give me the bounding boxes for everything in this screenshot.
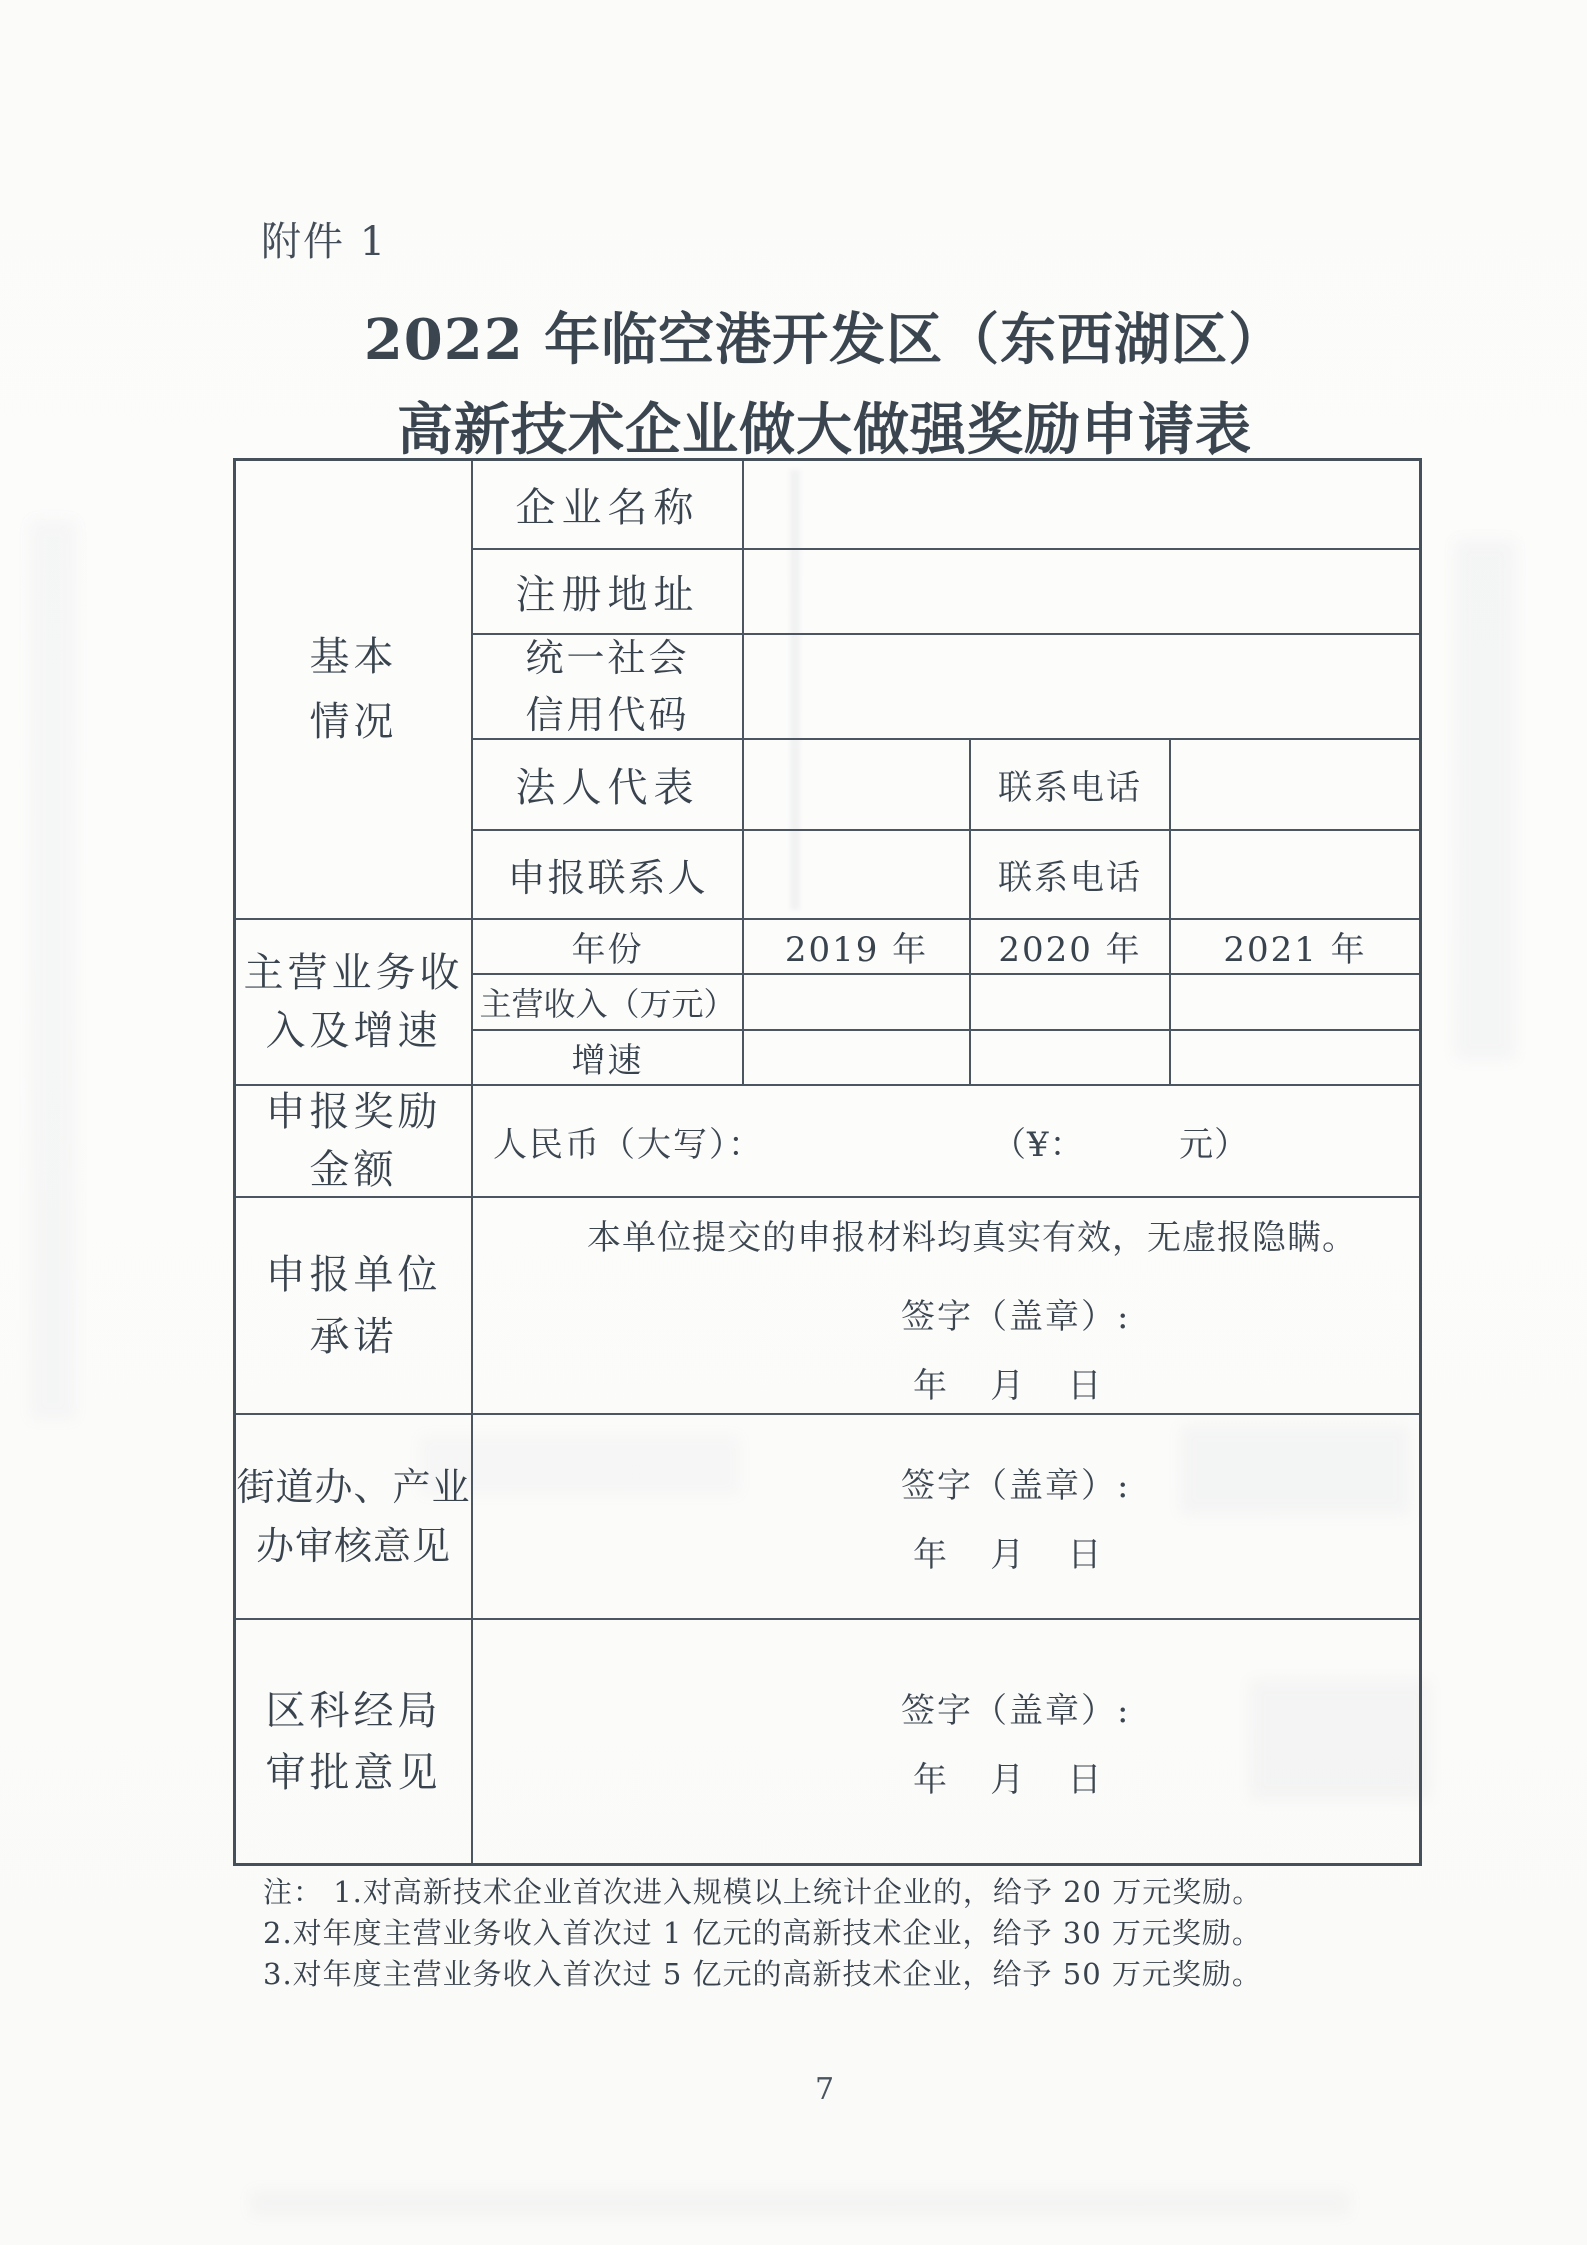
growth-2020-value-cell [971, 1031, 1171, 1086]
scan-bleed-artifact [30, 520, 76, 1420]
commitment-sign-label: 签字（盖章）: [901, 1289, 1419, 1338]
main-income-label-cell: 主营收入（万元） [473, 975, 744, 1031]
footnote-line-3: 3.对年度主营业务收入首次过 5 亿元的高新技术企业，给予 50 万元奖励。 [263, 1954, 1413, 1995]
year-label: 年份 [572, 922, 644, 971]
bureau-approval-section-cell: 区科经局 审批意见 [236, 1620, 473, 1863]
contact-phone-value-cell [1171, 831, 1419, 920]
registered-address-value-cell [744, 550, 1419, 635]
reward-amount-section-label: 申报奖励 金额 [266, 1086, 442, 1198]
footnote-line-1: 注： 1.对高新技术企业首次进入规模以上统计企业的，给予 20 万元奖励。 [263, 1872, 1413, 1913]
bureau-approval-section-label: 区科经局 审批意见 [266, 1680, 442, 1804]
declaration-contact-label: 申报联系人 [507, 847, 707, 902]
income-2019-value-cell [744, 975, 971, 1031]
footnote-line-2: 2.对年度主营业务收入首次过 1 亿元的高新技术企业，给予 30 万元奖励。 [263, 1913, 1413, 1954]
street-review-content-cell: 签字（盖章）: 年 月 日 [473, 1415, 1419, 1620]
company-name-label-cell: 企业名称 [473, 461, 744, 550]
year-2019-cell: 2019 年 [744, 920, 971, 975]
form-title-line1: 2022 年临空港开发区（东西湖区） [233, 296, 1416, 376]
growth-rate-label: 增速 [572, 1033, 644, 1082]
year-label-cell: 年份 [473, 920, 744, 975]
bureau-approval-sign-label: 签字（盖章）: [901, 1683, 1419, 1732]
attachment-label: 附件 1 [261, 210, 387, 267]
revenue-section-cell: 主营业务收 入及增速 [236, 920, 473, 1086]
contact-phone-label-cell: 联系电话 [971, 831, 1171, 920]
page-number: 7 [233, 2072, 1416, 2107]
legal-rep-phone-value-cell [1171, 740, 1419, 831]
rmb-numeric-label: （¥： 元） [992, 1117, 1249, 1166]
main-income-label: 主营收入（万元） [479, 979, 735, 1025]
income-2021-value-cell [1171, 975, 1419, 1031]
basic-info-section-label: 基本 情况 [310, 625, 398, 755]
commitment-section-cell: 申报单位 承诺 [236, 1198, 473, 1415]
legal-representative-label-cell: 法人代表 [473, 740, 744, 831]
street-review-section-cell: 街道办、产业 办审核意见 [236, 1415, 473, 1620]
scanned-form-page: 附件 1 2022 年临空港开发区（东西湖区） 高新技术企业做大做强奖励申请表 … [0, 0, 1587, 2245]
company-name-value-cell [744, 461, 1419, 550]
scan-bleed-artifact [1455, 540, 1515, 1060]
growth-2021-value-cell [1171, 1031, 1419, 1086]
legal-rep-phone-label: 联系电话 [998, 760, 1142, 809]
commitment-section-label: 申报单位 承诺 [266, 1244, 442, 1368]
legal-representative-value-cell [744, 740, 971, 831]
rmb-capital-label: 人民币（大写）： [493, 1117, 764, 1166]
year-2019-value: 2019 年 [785, 922, 928, 971]
basic-info-section-cell: 基本 情况 [236, 461, 473, 920]
growth-rate-label-cell: 增速 [473, 1031, 744, 1086]
growth-2019-value-cell [744, 1031, 971, 1086]
reward-amount-section-cell: 申报奖励 金额 [236, 1086, 473, 1198]
credit-code-label: 统一社会 信用代码 [525, 635, 689, 740]
street-review-section-label: 街道办、产业 办审核意见 [236, 1458, 470, 1576]
commitment-date-label: 年 月 日 [913, 1358, 1419, 1407]
footnotes: 注： 1.对高新技术企业首次进入规模以上统计企业的，给予 20 万元奖励。 2.… [263, 1872, 1413, 1995]
reward-amount-value-cell: 人民币（大写）： （¥： 元） [473, 1086, 1419, 1198]
scan-bleed-artifact [250, 2190, 1350, 2216]
income-2020-value-cell [971, 975, 1171, 1031]
registered-address-label: 注册地址 [516, 563, 700, 620]
bureau-approval-date-label: 年 月 日 [913, 1752, 1419, 1801]
form-title-line2: 高新技术企业做大做强奖励申请表 [233, 386, 1416, 466]
commitment-statement: 本单位提交的申报材料均真实有效，无虚报隐瞒。 [499, 1210, 1419, 1259]
bureau-approval-content-cell: 签字（盖章）: 年 月 日 [473, 1620, 1419, 1863]
year-2021-value: 2021 年 [1223, 922, 1366, 971]
credit-code-value-cell [744, 635, 1419, 740]
street-review-sign-label: 签字（盖章）: [901, 1458, 1419, 1507]
declaration-contact-label-cell: 申报联系人 [473, 831, 744, 920]
contact-phone-label: 联系电话 [998, 850, 1142, 899]
credit-code-label-cell: 统一社会 信用代码 [473, 635, 744, 740]
street-review-date-label: 年 月 日 [913, 1527, 1419, 1576]
registered-address-label-cell: 注册地址 [473, 550, 744, 635]
company-name-label: 企业名称 [516, 476, 700, 533]
declaration-contact-value-cell [744, 831, 971, 920]
revenue-section-label: 主营业务收 入及增速 [244, 944, 464, 1060]
application-form-table: 基本 情况 企业名称 注册地址 统一社会 信用代码 法人代表 联系电话 [233, 458, 1422, 1866]
year-2020-cell: 2020 年 [971, 920, 1171, 975]
year-2020-value: 2020 年 [998, 922, 1141, 971]
legal-representative-label: 法人代表 [516, 756, 700, 813]
year-2021-cell: 2021 年 [1171, 920, 1419, 975]
legal-rep-phone-label-cell: 联系电话 [971, 740, 1171, 831]
commitment-content-cell: 本单位提交的申报材料均真实有效，无虚报隐瞒。 签字（盖章）: 年 月 日 [473, 1198, 1419, 1415]
